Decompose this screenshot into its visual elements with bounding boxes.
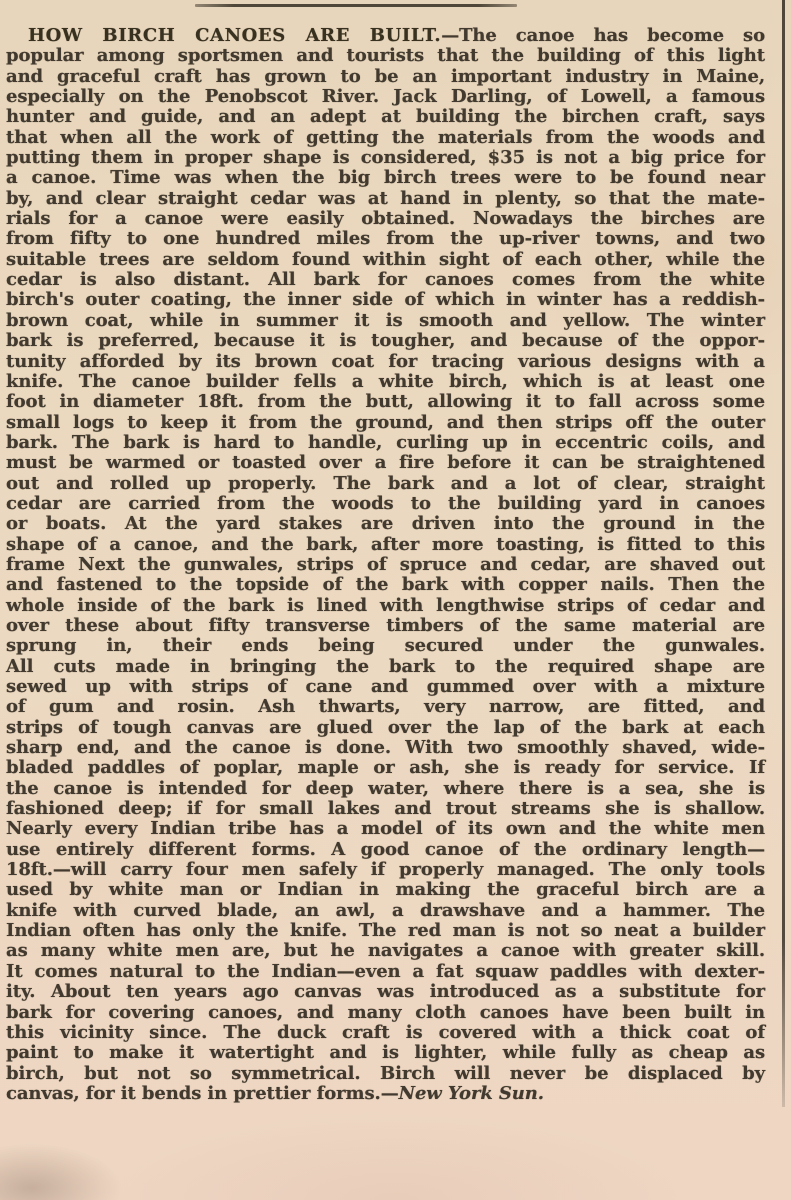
article-line: sharp end, and the canoe is done. With t…	[6, 738, 765, 758]
article-line: small logs to keep it from the ground, a…	[6, 413, 765, 433]
article-line: bark is preferred, because it is tougher…	[6, 331, 765, 351]
article-line: bladed paddles of poplar, maple or ash, …	[6, 758, 765, 778]
attribution-source: New York Sun.	[399, 1083, 544, 1104]
article-line: especially on the Penobscot River. Jack …	[6, 87, 765, 107]
article-line: birch, but not so symmetrical. Birch wil…	[6, 1064, 765, 1084]
article-line: ity. About ten years ago canvas was intr…	[6, 982, 765, 1002]
article-line: cedar are carried from the woods to the …	[6, 494, 765, 514]
article-line: or boats. At the yard stakes are driven …	[6, 514, 765, 534]
article-line: frame Next the gunwales, strips of spruc…	[6, 555, 765, 575]
article-last-line: canvas, for it bends in prettier forms.—…	[6, 1084, 765, 1104]
article-line: used by white man or Indian in making th…	[6, 880, 765, 900]
article-title: HOW BIRCH CANOES ARE BUILT.	[28, 25, 441, 46]
article-line: paint to make it watertight and is light…	[6, 1043, 765, 1063]
article-line: tunity afforded by its brown coat for tr…	[6, 352, 765, 372]
article-line: bark for covering canoes, and many cloth…	[6, 1003, 765, 1023]
article-line: a canoe. Time was when the big birch tre…	[6, 168, 765, 188]
article-line: and graceful craft has grown to be an im…	[6, 67, 765, 87]
article-opening: —The canoe has become so	[441, 25, 765, 46]
article-line: use entirely different forms. A good can…	[6, 840, 765, 860]
article-line: as many white men are, but he navigates …	[6, 941, 765, 961]
article-line: cedar is also distant. All bark for cano…	[6, 270, 765, 290]
article-line: sprung in, their ends being secured unde…	[6, 636, 765, 656]
article-line: putting them in proper shape is consider…	[6, 148, 765, 168]
article-line: from fifty to one hundred miles from the…	[6, 229, 765, 249]
article-line: foot in diameter 18ft. from the butt, al…	[6, 392, 765, 412]
article-line: that when all the work of getting the ma…	[6, 128, 765, 148]
article-line: It comes natural to the Indian—even a fa…	[6, 962, 765, 982]
article-line: bark. The bark is hard to handle, curlin…	[6, 433, 765, 453]
article-line: strips of tough canvas are glued over th…	[6, 718, 765, 738]
article-line: of gum and rosin. Ash thwarts, very narr…	[6, 697, 765, 717]
article-line: All cuts made in bringing the bark to th…	[6, 657, 765, 677]
article-line: out and rolled up properly. The bark and…	[6, 474, 765, 494]
column-divider-rule	[782, 0, 785, 1107]
article-line: over these about fifty transverse timber…	[6, 616, 765, 636]
article-line: knife. The canoe builder fells a white b…	[6, 372, 765, 392]
article-line: whole inside of the bark is lined with l…	[6, 596, 765, 616]
newspaper-clipping: HOW BIRCH CANOES ARE BUILT.—The canoe ha…	[0, 0, 791, 1200]
article-line: Indian often has only the knife. The red…	[6, 921, 765, 941]
article-line: the canoe is intended for deep water, wh…	[6, 779, 765, 799]
article-line: popular among sportsmen and tourists tha…	[6, 46, 765, 66]
article-line: rials for a canoe were easily obtained. …	[6, 209, 765, 229]
article-line: fashioned deep; if for small lakes and t…	[6, 799, 765, 819]
article-line: shape of a canoe, and the bark, after mo…	[6, 535, 765, 555]
article-line: sewed up with strips of cane and gummed …	[6, 677, 765, 697]
article-line: must be warmed or toasted over a fire be…	[6, 453, 765, 473]
article-line: brown coat, while in summer it is smooth…	[6, 311, 765, 331]
article-line: and fastened to the topside of the bark …	[6, 575, 765, 595]
article-line: by, and clear straight cedar was at hand…	[6, 189, 765, 209]
article-closing: canvas, for it bends in prettier forms.—	[6, 1083, 399, 1104]
top-rule	[195, 4, 517, 7]
article-line: 18ft.—will carry four men safely if prop…	[6, 860, 765, 880]
article-line: this vicinity since. The duck craft is c…	[6, 1023, 765, 1043]
article-column: HOW BIRCH CANOES ARE BUILT.—The canoe ha…	[6, 26, 765, 1104]
article-first-line: HOW BIRCH CANOES ARE BUILT.—The canoe ha…	[6, 26, 765, 46]
article-line: birch's outer coating, the inner side of…	[6, 290, 765, 310]
article-line: suitable trees are seldom found within s…	[6, 250, 765, 270]
article-line: Nearly every Indian tribe has a model of…	[6, 819, 765, 839]
article-line: hunter and guide, and an adept at buildi…	[6, 107, 765, 127]
article-line: knife with curved blade, an awl, a draws…	[6, 901, 765, 921]
